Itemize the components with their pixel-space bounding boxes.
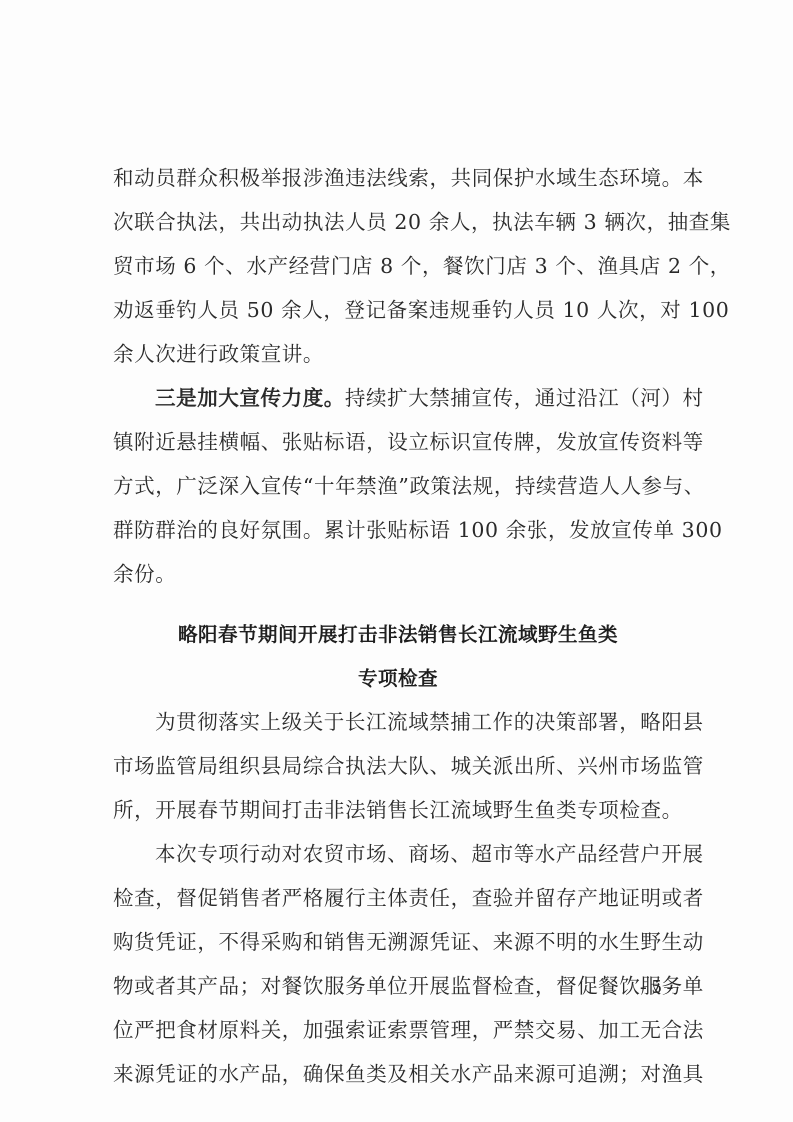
page-number: - 5 - xyxy=(640,976,673,999)
article-title-line-2: 专项检查 xyxy=(113,664,683,694)
paragraph-line: 购货凭证，不得采购和销售无溯源凭证、来源不明的水生野生动 xyxy=(113,927,683,957)
paragraph-line: 来源凭证的水产品，确保鱼类及相关水产品来源可追溯；对渔具 xyxy=(113,1059,683,1089)
paragraph-line: 镇附近悬挂横幅、张贴标语，设立标识宣传牌，发放宣传资料等 xyxy=(113,427,683,457)
paragraph-line: 市场监管局组织县局综合执法大队、城关派出所、兴州市场监管 xyxy=(113,751,683,781)
paragraph-line: 余份。 xyxy=(113,559,683,589)
paragraph-line: 次联合执法，共出动执法人员 20 余人，执法车辆 3 辆次，抽查集 xyxy=(113,207,683,237)
paragraph-line: 余人次进行政策宣讲。 xyxy=(113,339,683,369)
paragraph-line: 为贯彻落实上级关于长江流域禁捕工作的决策部署，略阳县 xyxy=(155,707,683,737)
paragraph-line: 和动员群众积极举报涉渔违法线索，共同保护水域生态环境。本 xyxy=(113,163,683,193)
paragraph-first-line: 三是加大宣传力度。持续扩大禁捕宣传，通过沿江（河）村 xyxy=(155,383,683,413)
paragraph-line: 本次专项行动对农贸市场、商场、超市等水产品经营户开展 xyxy=(155,839,683,869)
paragraph-line: 贸市场 6 个、水产经营门店 8 个，餐饮门店 3 个、渔具店 2 个， xyxy=(113,251,683,281)
document-page: 和动员群众积极举报涉渔违法线索，共同保护水域生态环境。本 次联合执法，共出动执法… xyxy=(0,0,793,1122)
paragraph-line: 群防群治的良好氛围。累计张贴标语 100 余张，发放宣传单 300 xyxy=(113,515,683,545)
article-title-line-1: 略阳春节期间开展打击非法销售长江流域野生鱼类 xyxy=(113,620,683,650)
paragraph-line: 物或者其产品；对餐饮服务单位开展监督检查，督促餐饮服务单 xyxy=(113,971,683,1001)
paragraph-line: 位严把食材原料关，加强索证索票管理，严禁交易、加工无合法 xyxy=(113,1015,683,1045)
paragraph-line: 方式，广泛深入宣传“十年禁渔”政策法规，持续营造人人参与、 xyxy=(113,471,683,501)
paragraph-line: 所，开展春节期间打击非法销售长江流域野生鱼类专项检查。 xyxy=(113,795,683,825)
paragraph-line: 劝返垂钓人员 50 余人，登记备案违规垂钓人员 10 人次，对 100 xyxy=(113,295,683,325)
paragraph-line: 检查，督促销售者严格履行主体责任，查验并留存产地证明或者 xyxy=(113,883,683,913)
paragraph-text: 持续扩大禁捕宣传，通过沿江（河）村 xyxy=(345,386,704,410)
section-lead-heading: 三是加大宣传力度。 xyxy=(155,386,345,410)
